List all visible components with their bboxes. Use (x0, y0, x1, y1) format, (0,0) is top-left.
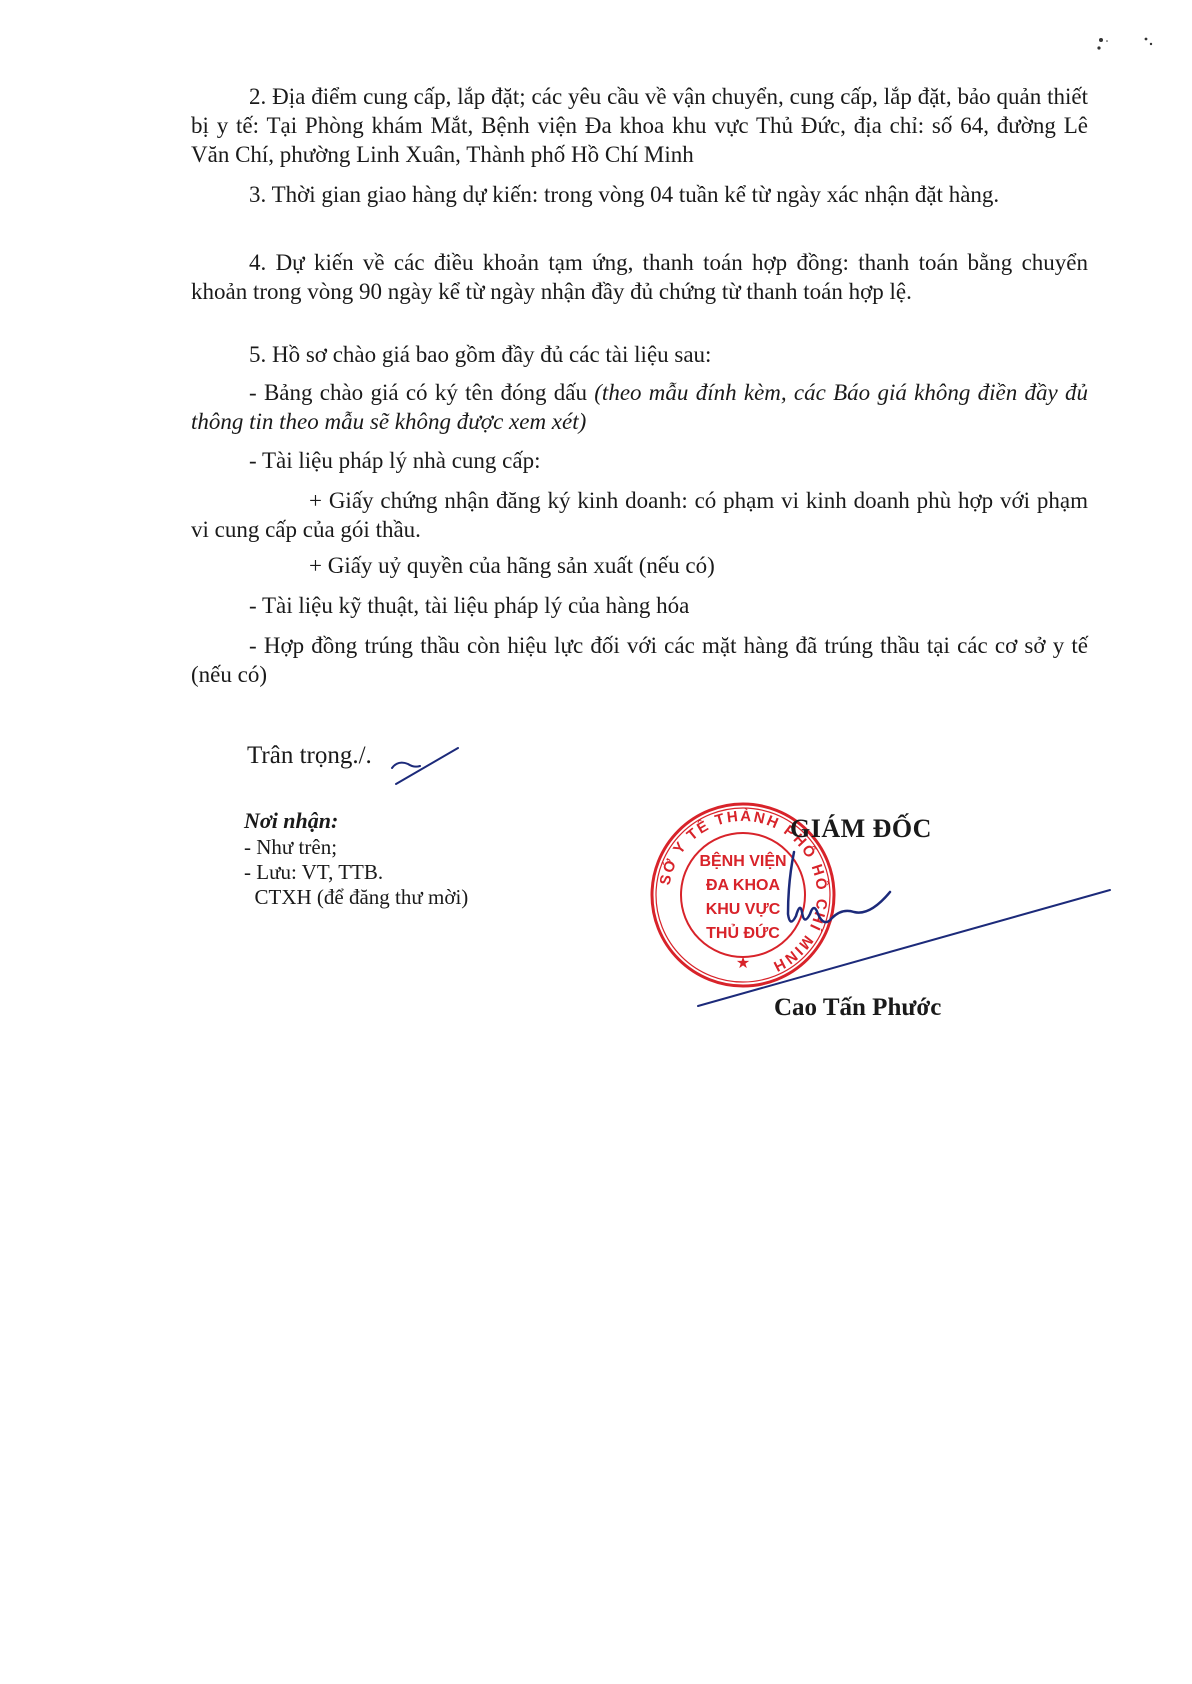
signatory-name: Cao Tấn Phước (774, 994, 941, 1022)
doc-quotation: - Bảng chào giá có ký tên đóng dấu (theo… (191, 378, 1088, 436)
scan-marks-icon (1095, 36, 1165, 60)
doc-quotation-text: - Bảng chào giá có ký tên đóng dấu (249, 380, 594, 405)
recipient-line: CTXH (để đăng thư mời) (244, 885, 468, 910)
initial-mark-icon (392, 748, 458, 784)
stamp-line: ĐA KHOA (706, 877, 781, 894)
doc-manufacturer-authorization: + Giấy uỷ quyền của hãng sản xuất (nếu c… (191, 551, 1088, 580)
doc-business-license: + Giấy chứng nhận đăng ký kinh doanh: có… (191, 486, 1088, 544)
document-page: 2. Địa điểm cung cấp, lắp đặt; các yêu c… (0, 0, 1192, 1684)
item-4-payment-terms: 4. Dự kiến về các điều khoản tạm ứng, th… (191, 248, 1088, 306)
recipients-block: Nơi nhận: - Như trên; - Lưu: VT, TTB. CT… (244, 808, 468, 910)
item-3-delivery-time: 3. Thời gian giao hàng dự kiến: trong vò… (191, 180, 1088, 209)
item-5-required-documents: 5. Hồ sơ chào giá bao gồm đầy đủ các tài… (191, 340, 1088, 369)
signatory-title: GIÁM ĐỐC (790, 814, 932, 844)
item-2-delivery-location: 2. Địa điểm cung cấp, lắp đặt; các yêu c… (191, 82, 1088, 169)
recipient-line: - Như trên; (244, 835, 468, 860)
stamp-line: BỆNH VIỆN (699, 851, 786, 870)
closing-regards: Trân trọng./. (247, 742, 372, 770)
recipients-heading: Nơi nhận: (244, 808, 468, 833)
recipient-line: - Lưu: VT, TTB. (244, 860, 468, 885)
stamp-line: KHU VỰC (706, 901, 781, 918)
doc-valid-contracts: - Hợp đồng trúng thầu còn hiệu lực đối v… (191, 631, 1088, 689)
doc-technical: - Tài liệu kỹ thuật, tài liệu pháp lý củ… (191, 591, 1088, 620)
doc-supplier-legal: - Tài liệu pháp lý nhà cung cấp: (191, 446, 1088, 475)
stamp-line: THỦ ĐỨC (706, 923, 780, 942)
stamp-star-icon: ★ (736, 955, 750, 972)
